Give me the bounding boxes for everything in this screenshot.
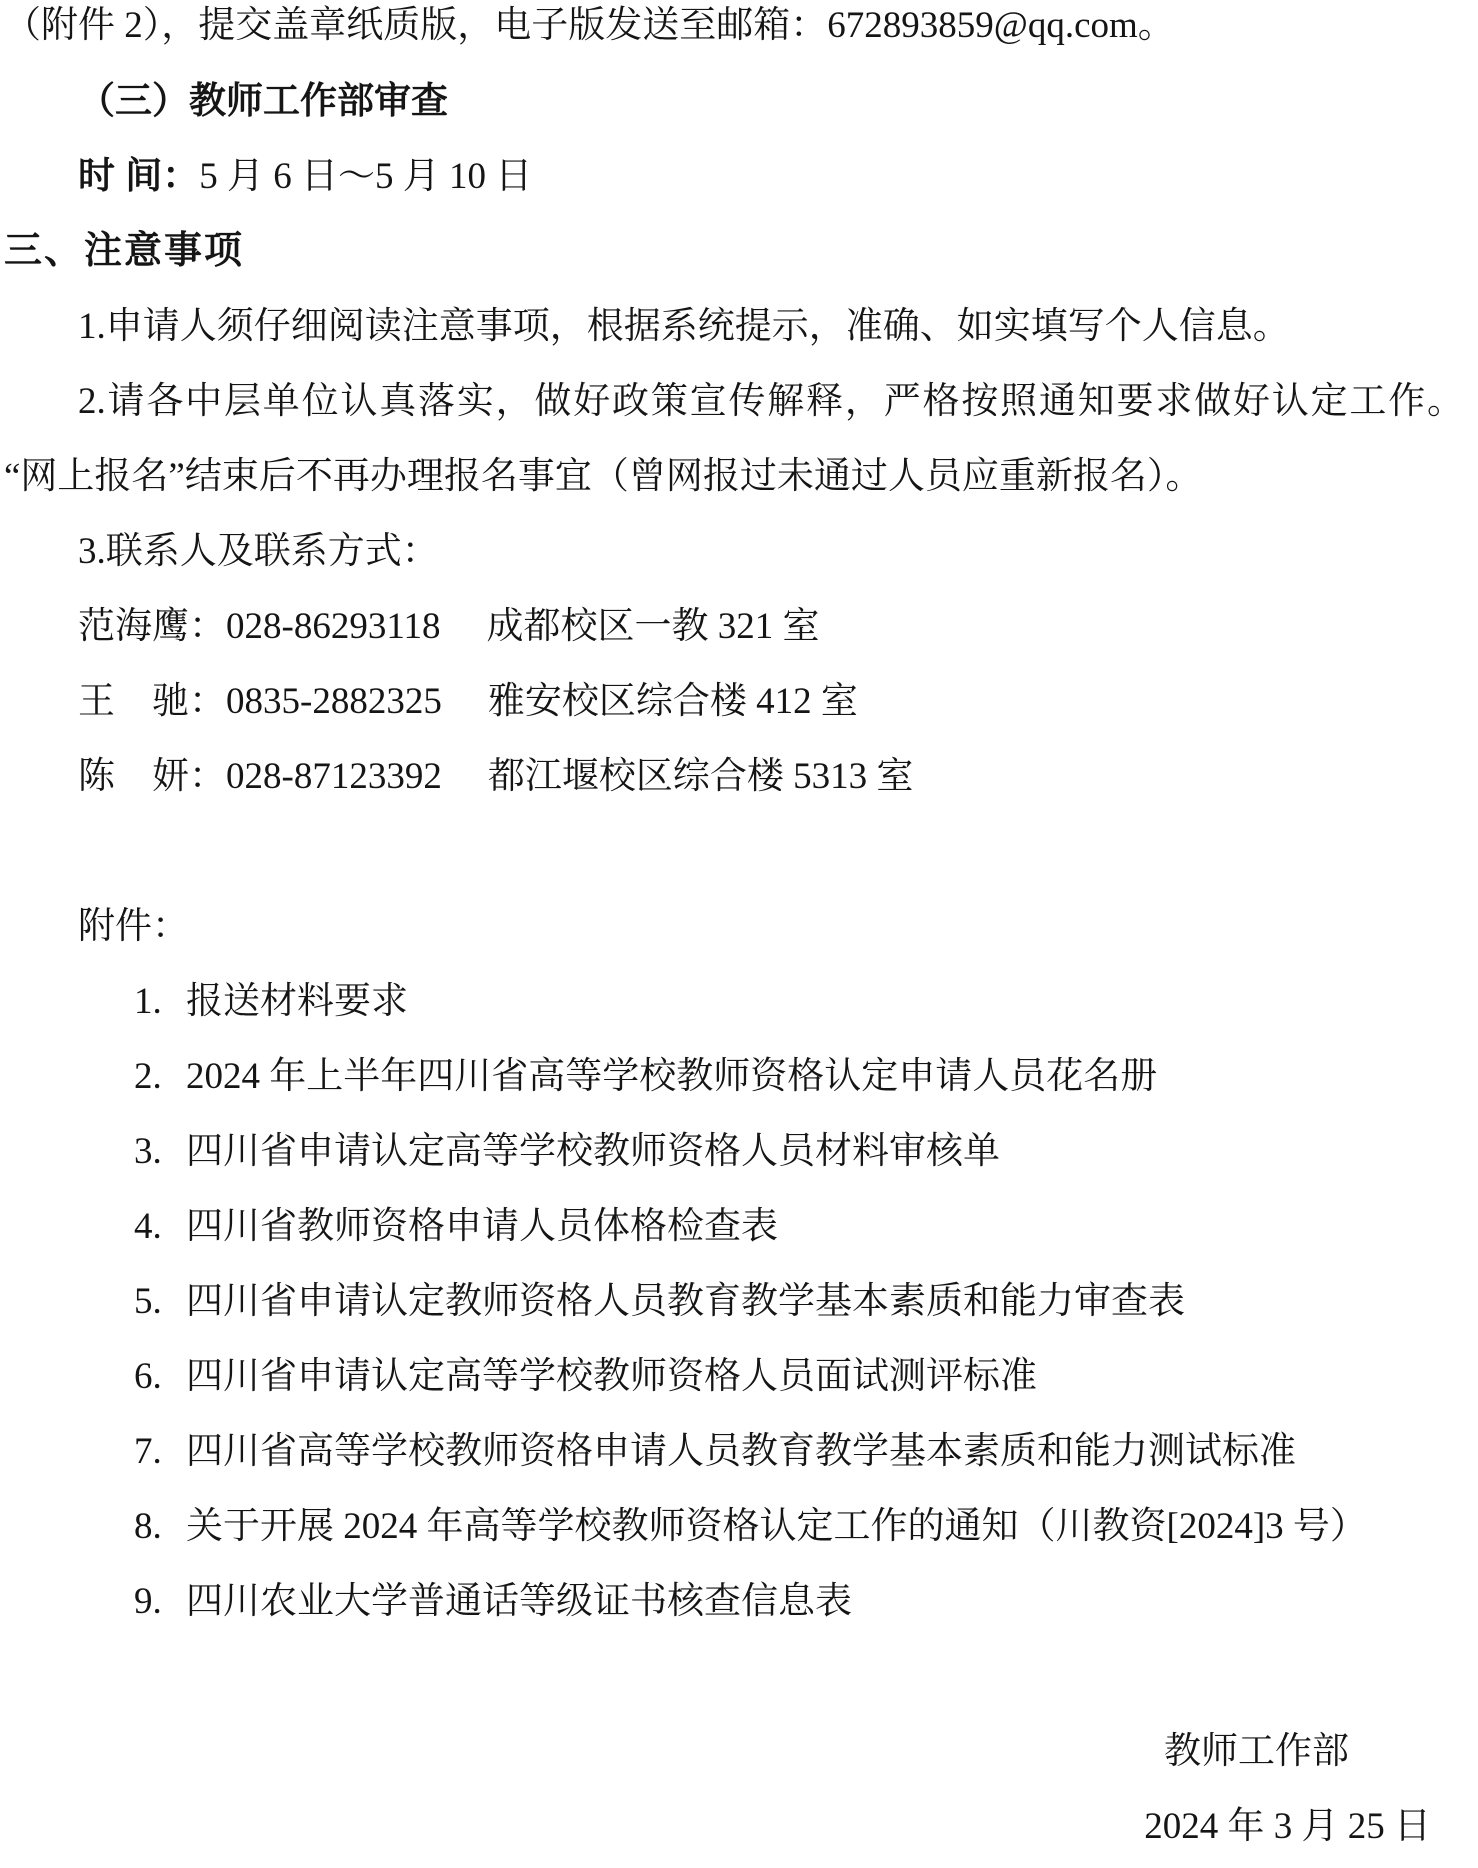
contact-phone: 0835-2882325: [226, 681, 442, 722]
attachment-title: 报送材料要求: [186, 981, 408, 1022]
contact-row: 王 驰：0835-2882325雅安校区综合楼 412 室: [4, 664, 1464, 739]
attachment-title: 四川省高等学校教师资格申请人员教育教学基本素质和能力测试标准: [186, 1431, 1296, 1472]
attachment-item: 6.四川省申请认定高等学校教师资格人员面试测评标准: [4, 1339, 1464, 1414]
attachment-number: 7.: [134, 1414, 186, 1489]
attachment-item: 9.四川农业大学普通话等级证书核查信息表: [4, 1564, 1464, 1639]
section-3-heading: （三）教师工作部审查: [4, 63, 1464, 138]
contact-phone: 028-86293118: [226, 606, 440, 647]
signature-department: 教师工作部: [4, 1714, 1464, 1789]
contact-location: 成都校区一教 321 室: [486, 606, 819, 647]
note-1: 1.申请人须仔细阅读注意事项，根据系统提示，准确、如实填写个人信息。: [4, 289, 1464, 364]
contact-name: 范海鹰：: [78, 606, 226, 647]
attachment-item: 1.报送材料要求: [4, 964, 1464, 1039]
attachment-item: 4.四川省教师资格申请人员体格检查表: [4, 1189, 1464, 1264]
attachment-item: 3.四川省申请认定高等学校教师资格人员材料审核单: [4, 1114, 1464, 1189]
contact-location: 雅安校区综合楼 412 室: [488, 681, 858, 722]
attachment-number: 3.: [134, 1114, 186, 1189]
attachment-title: 四川省教师资格申请人员体格检查表: [186, 1206, 778, 1247]
contact-row: 范海鹰：028-86293118成都校区一教 321 室: [4, 589, 1464, 664]
attachments-label: 附件：: [4, 889, 1464, 964]
attachment-number: 1.: [134, 964, 186, 1039]
attachment-number: 5.: [134, 1264, 186, 1339]
notes-section-heading: 三、注意事项: [4, 214, 1464, 289]
attachment-item: 2.2024 年上半年四川省高等学校教师资格认定申请人员花名册: [4, 1039, 1464, 1114]
blank-line: [4, 1639, 1464, 1714]
blank-line: [4, 814, 1464, 889]
attachment-item: 7.四川省高等学校教师资格申请人员教育教学基本素质和能力测试标准: [4, 1414, 1464, 1489]
contact-phone: 028-87123392: [226, 756, 442, 797]
contact-name: 陈 妍：: [78, 756, 226, 797]
attachment-number: 2.: [134, 1039, 186, 1114]
intro-continuation-line: （附件 2），提交盖章纸质版，电子版发送至邮箱：672893859@qq.com…: [4, 0, 1464, 63]
document-page: （附件 2），提交盖章纸质版，电子版发送至邮箱：672893859@qq.com…: [0, 0, 1478, 1868]
time-value: 5 月 6 日～5 月 10 日: [199, 156, 532, 197]
attachment-title: 四川省申请认定高等学校教师资格人员面试测评标准: [186, 1356, 1037, 1397]
time-line: 时 间：5 月 6 日～5 月 10 日: [4, 138, 1464, 214]
attachment-number: 6.: [134, 1339, 186, 1414]
signature-date: 2024 年 3 月 25 日: [4, 1789, 1464, 1864]
contact-location: 都江堰校区综合楼 5313 室: [488, 756, 914, 797]
attachment-title: 2024 年上半年四川省高等学校教师资格认定申请人员花名册: [186, 1056, 1157, 1097]
attachment-item: 8.关于开展 2024 年高等学校教师资格认定工作的通知（川教资[2024]3 …: [4, 1489, 1464, 1564]
attachment-title: 关于开展 2024 年高等学校教师资格认定工作的通知（川教资[2024]3 号）: [186, 1506, 1367, 1547]
attachment-number: 9.: [134, 1564, 186, 1639]
document-body: （附件 2），提交盖章纸质版，电子版发送至邮箱：672893859@qq.com…: [0, 0, 1478, 1864]
contact-name: 王 驰：: [78, 681, 226, 722]
attachment-title: 四川省申请认定教师资格人员教育教学基本素质和能力审查表: [186, 1281, 1185, 1322]
attachment-number: 4.: [134, 1189, 186, 1264]
attachment-title: 四川农业大学普通话等级证书核查信息表: [186, 1581, 852, 1622]
note-3-contacts-heading: 3.联系人及联系方式：: [4, 514, 1464, 589]
attachment-number: 8.: [134, 1489, 186, 1564]
time-label: 时 间：: [78, 155, 199, 196]
contact-row: 陈 妍：028-87123392都江堰校区综合楼 5313 室: [4, 739, 1464, 814]
note-2-line-1: 2.请各中层单位认真落实，做好政策宣传解释，严格按照通知要求做好认定工作。: [4, 364, 1464, 439]
note-2-line-2: “网上报名”结束后不再办理报名事宜（曾网报过未通过人员应重新报名）。: [4, 439, 1464, 514]
attachment-item: 5.四川省申请认定教师资格人员教育教学基本素质和能力审查表: [4, 1264, 1464, 1339]
attachment-title: 四川省申请认定高等学校教师资格人员材料审核单: [186, 1131, 1000, 1172]
